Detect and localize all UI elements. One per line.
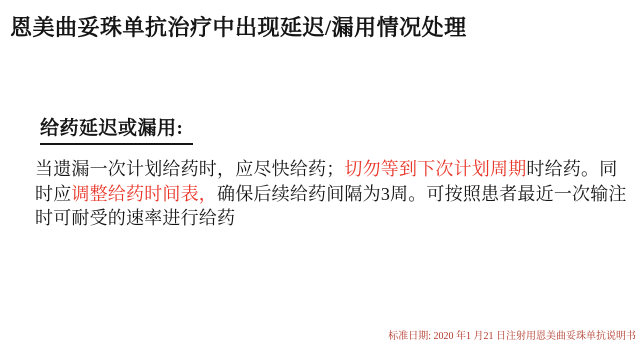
body-paragraph: 当遗漏一次计划给药时，应尽快给药；切勿等到下次计划周期时给药。同时应调整给药时间… <box>35 157 625 231</box>
text-segment: 当遗漏一次计划给药时，应尽快给药； <box>35 159 344 179</box>
slide-title: 恩美曲妥珠单抗治疗中出现延迟/漏用情况处理 <box>10 12 467 44</box>
paragraph-line: 时应调整给药时间表，确保后续给药间隔为3周。可按照患者最近一次输注 <box>35 182 625 207</box>
text-segment: 时应 <box>35 184 71 204</box>
text-segment: 时给药。同 <box>526 159 617 179</box>
paragraph-line: 时可耐受的速率进行给药 <box>35 206 625 231</box>
slide-canvas: 恩美曲妥珠单抗治疗中出现延迟/漏用情况处理 给药延迟或漏用: 当遗漏一次计划给药… <box>0 0 640 360</box>
section-heading: 给药延迟或漏用: <box>40 117 193 145</box>
paragraph-line: 当遗漏一次计划给药时，应尽快给药；切勿等到下次计划周期时给药。同 <box>35 157 625 182</box>
text-segment: 时可耐受的速率进行给药 <box>35 208 235 228</box>
highlighted-text: 切勿等到下次计划周期 <box>344 159 526 179</box>
highlighted-text: 调整给药时间表， <box>71 184 217 204</box>
text-segment: 确保后续给药间隔为3周。可按照患者最近一次输注 <box>217 184 627 204</box>
footnote-reference: 标准日期: 2020 年1 月21 日注射用恩美曲妥珠单抗说明书 <box>388 330 636 343</box>
